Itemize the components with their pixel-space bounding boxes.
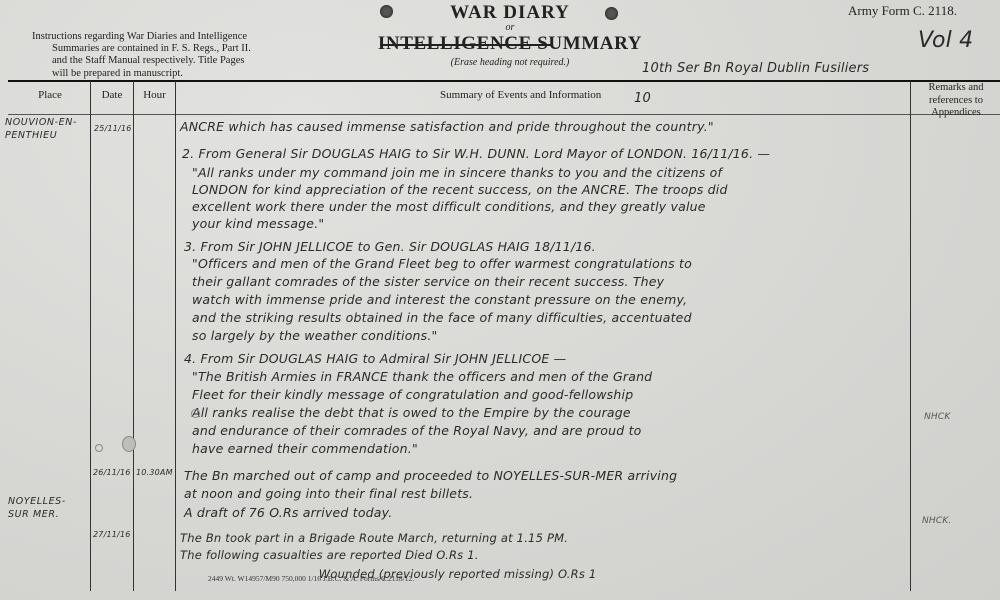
summary-line: Fleet for their kindly message of congra… (192, 386, 633, 403)
remarks-header-line: Appendices (912, 107, 1000, 120)
entry-place: NOUVION-EN- PENTHIEU (5, 116, 77, 142)
summary-line: your kind message." (192, 215, 324, 232)
summary-line: The Bn took part in a Brigade Route Marc… (180, 530, 568, 547)
entry-remark: NHCK. (922, 516, 952, 526)
summary-line: The Bn marched out of camp and proceeded… (184, 467, 677, 484)
place-line: NOYELLES- (8, 495, 66, 508)
summary-line: excellent work there under the most diff… (192, 198, 706, 215)
column-divider-place (90, 81, 91, 591)
column-header-place: Place (10, 89, 90, 101)
form-print-footer: 2449 Wt. W14957/M90 750,000 1/16 J.B.C. … (208, 574, 414, 583)
form-subtitle: INTELLIGENCE SUMMARY (378, 33, 642, 55)
entry-date: 26/11/16 (93, 468, 131, 477)
paper-mark (95, 444, 103, 452)
summary-line: at noon and going into their final rest … (184, 485, 473, 502)
summary-line: and endurance of their comrades of the R… (192, 422, 642, 439)
column-header-remarks: Remarks and references to Appendices (912, 82, 1000, 120)
remarks-header-line: references to (912, 95, 1000, 108)
entry-date: 27/11/16 (93, 530, 131, 539)
entry-hour: 10.30AM (136, 468, 173, 477)
instructions-line: Instructions regarding War Diaries and I… (32, 31, 272, 43)
summary-line: "All ranks under my command join me in s… (192, 164, 722, 181)
summary-line: and the striking results obtained in the… (192, 309, 692, 326)
entry-place: NOYELLES- SUR MER. (8, 495, 66, 521)
column-header-hour: Hour (134, 89, 175, 101)
form-title-block: WAR DIARY or INTELLIGENCE SUMMARY (Erase… (370, 2, 650, 68)
summary-line: "Officers and men of the Grand Fleet beg… (192, 255, 692, 272)
summary-line: watch with immense pride and interest th… (192, 291, 687, 308)
strikethrough-line (380, 44, 552, 46)
summary-line: "The British Armies in FRANCE thank the … (192, 368, 652, 385)
volume-label: Vol 4 (918, 28, 973, 53)
summary-line: The following casualties are reported Di… (180, 547, 479, 564)
paper-mark (191, 409, 200, 418)
summary-line: have earned their commendation." (192, 440, 418, 457)
instructions-line: will be prepared in manuscript. (32, 68, 272, 80)
entry-date: 25/11/16 (94, 124, 132, 133)
place-line: SUR MER. (8, 508, 66, 521)
unit-name: 10th Ser Bn Royal Dublin Fusiliers (642, 61, 869, 76)
remarks-header-line: Remarks and (912, 82, 1000, 95)
erase-note: (Erase heading not required.) (370, 57, 650, 68)
summary-line: so largely by the weather conditions." (192, 327, 438, 344)
column-divider-date (133, 81, 134, 591)
form-title: WAR DIARY (370, 2, 650, 24)
header-bottom-rule (8, 114, 1000, 115)
place-line: PENTHIEU (5, 129, 77, 142)
column-divider-remarks (910, 81, 911, 591)
summary-line: their gallant comrades of the sister ser… (192, 273, 664, 290)
title-or: or (370, 22, 650, 33)
summary-line: 3. From Sir JOHN JELLICOE to Gen. Sir DO… (184, 238, 596, 255)
instructions-line: and the Staff Manual respectively. Title… (32, 55, 272, 67)
form-number: Army Form C. 2118. (848, 3, 957, 19)
column-header-summary: Summary of Events and Information (440, 89, 640, 101)
instructions-line: Summaries are contained in F. S. Regs., … (32, 43, 272, 55)
summary-line: A draft of 76 O.Rs arrived today. (184, 504, 392, 521)
summary-line: LONDON for kind appreciation of the rece… (192, 181, 728, 198)
summary-line: ANCRE which has caused immense satisfact… (180, 118, 714, 135)
summary-line: All ranks realise the debt that is owed … (192, 404, 631, 421)
entry-remark: NHCK (924, 412, 951, 422)
summary-line: 2. From General Sir DOUGLAS HAIG to Sir … (182, 145, 770, 162)
summary-line: 4. From Sir DOUGLAS HAIG to Admiral Sir … (184, 350, 566, 367)
page-number: 10 (634, 91, 651, 106)
column-header-date: Date (91, 89, 133, 101)
form-instructions: Instructions regarding War Diaries and I… (32, 31, 272, 80)
header-top-rule (8, 80, 1000, 82)
paper-mark (122, 436, 136, 452)
column-divider-hour (175, 81, 176, 591)
place-line: NOUVION-EN- (5, 116, 77, 129)
